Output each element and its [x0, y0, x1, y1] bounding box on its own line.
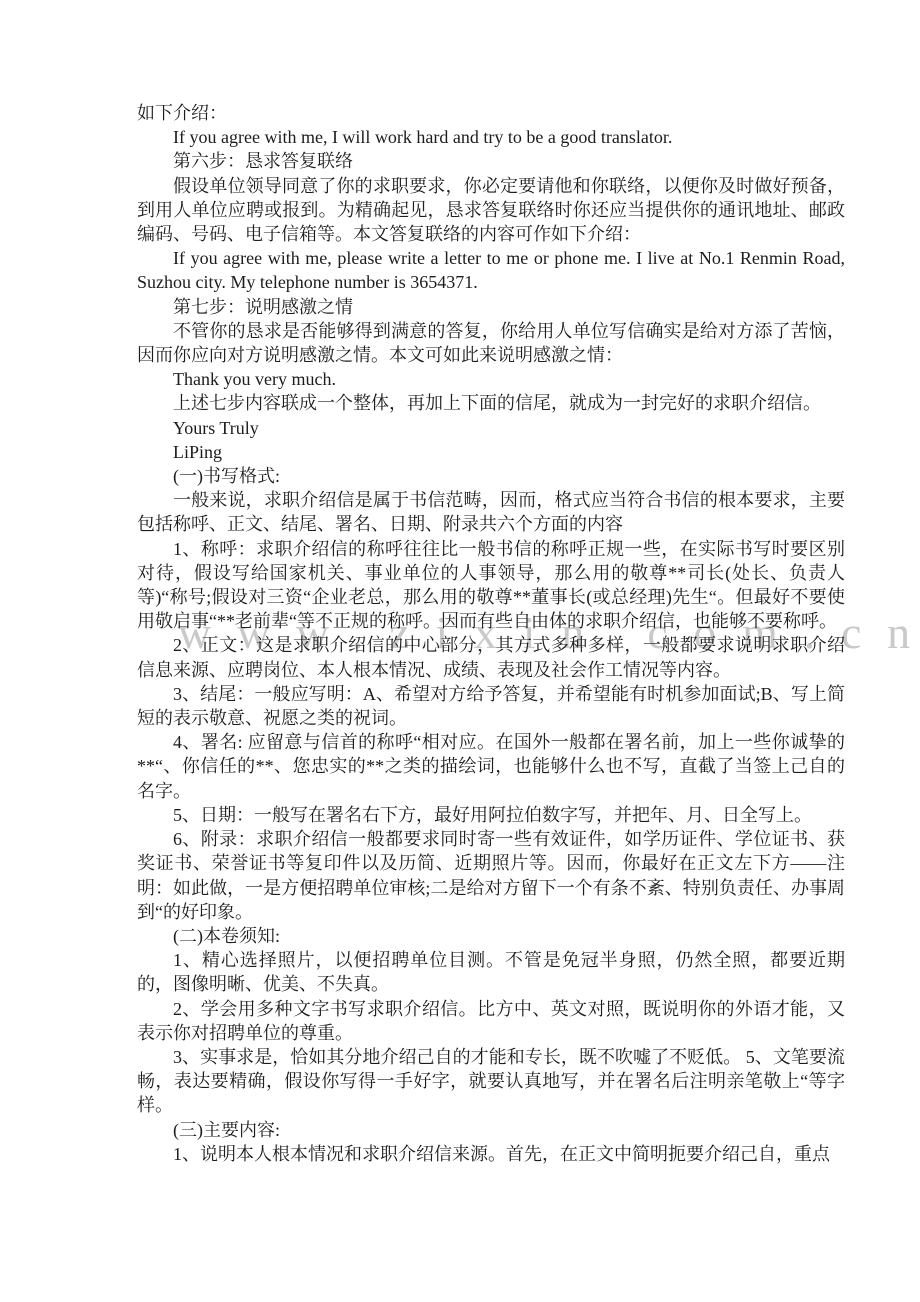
paragraph: (二)本卷须知:: [137, 924, 845, 948]
paragraph: 第七步：说明感激之情: [137, 295, 845, 319]
paragraph: (一)书写格式:: [137, 464, 845, 488]
paragraph: 2、学会用多种文字书写求职介绍信。比方中、英文对照，既说明你的外语才能，又表示你…: [137, 997, 845, 1045]
paragraph: 2、正文：这是求职介绍信的中心部分，其方式多种多样，一般都要求说明求职介绍信息来…: [137, 633, 845, 681]
paragraph: 3、结尾：一般应写明：A、希望对方给予答复，并希望能有时机参加面试;B、写上简短…: [137, 682, 845, 730]
paragraph: 1、称呼：求职介绍信的称呼往往比一般书信的称呼正规一些，在实际书写时要区别对待，…: [137, 537, 845, 634]
document-body: 如下介绍：If you agree with me, I will work h…: [137, 101, 845, 1166]
paragraph: 如下介绍：: [137, 101, 845, 125]
paragraph: 1、说明本人根本情况和求职介绍信来源。首先，在正文中简明扼要介绍己自，重点: [137, 1142, 845, 1166]
paragraph: 4、署名: 应留意与信首的称呼“相对应。在国外一般都在署名前，加上一些你诚挚的*…: [137, 730, 845, 803]
paragraph: LiPing: [137, 440, 845, 464]
paragraph: 第六步：恳求答复联络: [137, 149, 845, 173]
paragraph: 5、日期：一般写在署名右下方，最好用阿拉伯数字写，并把年、月、日全写上。: [137, 803, 845, 827]
paragraph: 1、精心选择照片，以便招聘单位目测。不管是免冠半身照，仍然全照，都要近期的，图像…: [137, 948, 845, 996]
paragraph: (三)主要内容:: [137, 1118, 845, 1142]
paragraph: 假设单位领导同意了你的求职要求，你必定要请他和你联络，以便你及时做好预备，到用人…: [137, 174, 845, 247]
paragraph: 6、附录：求职介绍信一般都要求同时寄一些有效证件，如学历证件、学位证书、获奖证书…: [137, 827, 845, 924]
paragraph: If you agree with me, I will work hard a…: [137, 125, 845, 149]
paragraph: 上述七步内容联成一个整体，再加上下面的信尾，就成为一封完好的求职介绍信。: [137, 391, 845, 415]
paragraph: Yours Truly: [137, 416, 845, 440]
paragraph: 一般来说，求职介绍信是属于书信范畴，因而，格式应当符合书信的根本要求，主要包括称…: [137, 488, 845, 536]
paragraph: 不管你的恳求是否能够得到满意的答复，你给用人单位写信确实是给对方添了苦恼，因而你…: [137, 319, 845, 367]
document-page: www.zixin.com.cn 如下介绍：If you agree with …: [0, 0, 920, 1302]
paragraph: Thank you very much.: [137, 367, 845, 391]
paragraph: If you agree with me, please write a let…: [137, 246, 845, 294]
paragraph: 3、实事求是，恰如其分地介绍己自的才能和专长，既不吹嘘了不贬低。 5、文笔要流畅…: [137, 1045, 845, 1118]
